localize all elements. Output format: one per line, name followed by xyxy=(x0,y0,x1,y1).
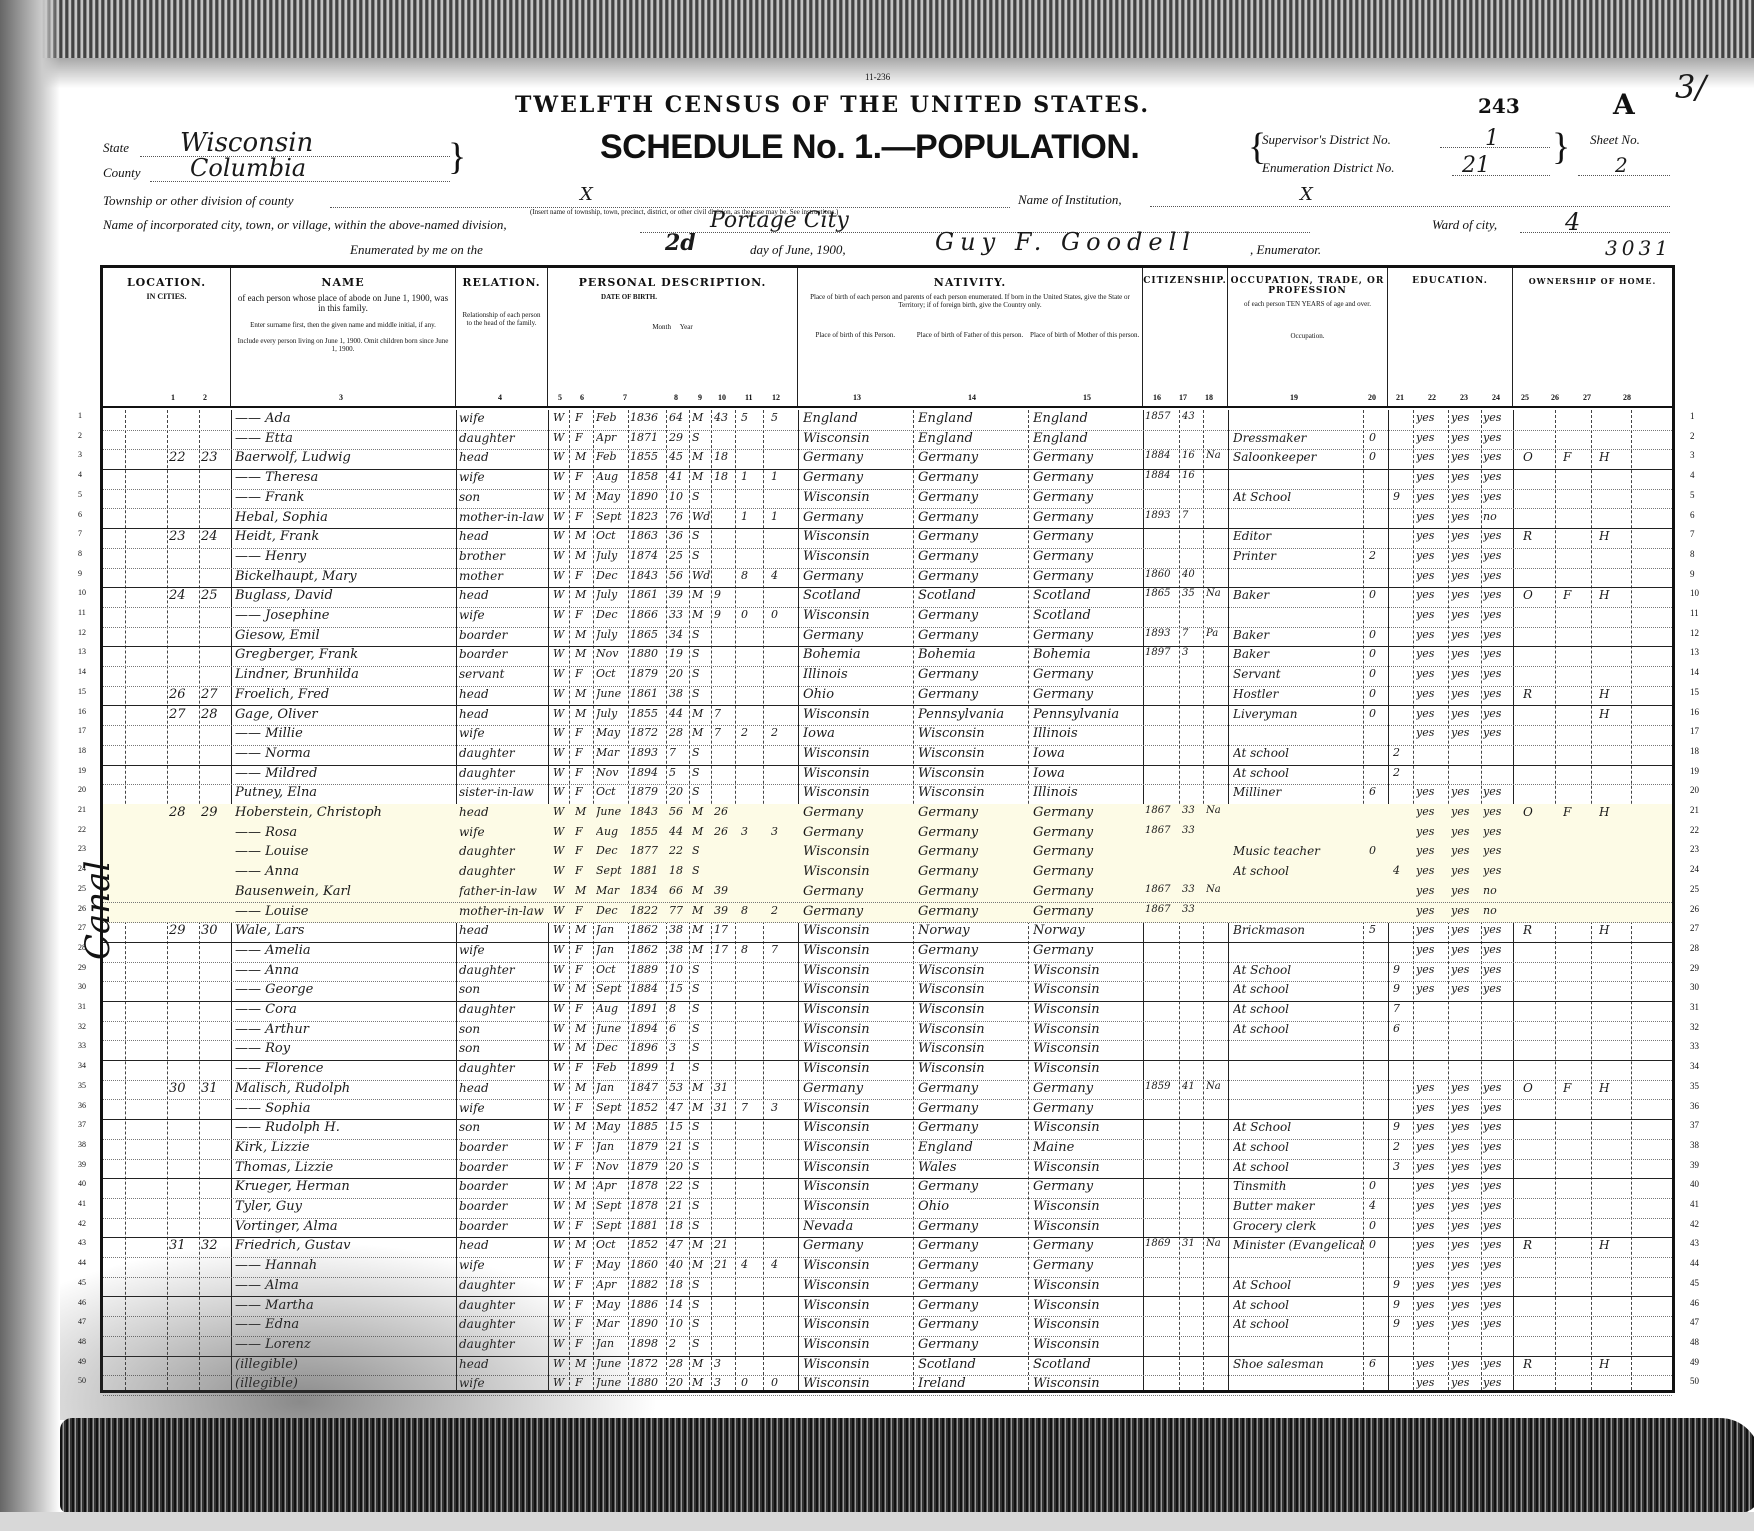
speaks-english: yes xyxy=(1483,490,1513,503)
children-living: 1 xyxy=(771,470,796,483)
birthplace-person: Germany xyxy=(803,805,911,820)
line-number: 29 xyxy=(1690,963,1699,973)
marital-status: S xyxy=(692,1278,711,1291)
free-mortgaged: F xyxy=(1563,450,1591,464)
line-number: 5 xyxy=(1690,490,1695,500)
institution-value: X xyxy=(1300,184,1313,205)
can-read: yes xyxy=(1416,844,1448,857)
can-write: yes xyxy=(1451,1238,1481,1251)
speaks-english: yes xyxy=(1483,667,1513,680)
owned-rented: O xyxy=(1523,1081,1553,1095)
owned-rented: O xyxy=(1523,450,1553,464)
can-write: yes xyxy=(1451,549,1481,562)
birthplace-mother: Wisconsin xyxy=(1033,1219,1141,1234)
occupation: Baker xyxy=(1233,647,1363,661)
birthplace-mother: Germany xyxy=(1033,529,1141,544)
birthplace-mother: Wisconsin xyxy=(1033,1337,1141,1352)
years-married: 21 xyxy=(714,1258,735,1271)
page-number: 243 xyxy=(1478,94,1520,118)
stamp-number: 3031 xyxy=(1605,236,1672,260)
line-number: 39 xyxy=(78,1160,86,1169)
dwelling-number: 28 xyxy=(169,805,199,820)
birthplace-mother: England xyxy=(1033,431,1141,446)
relation: mother-in-law xyxy=(459,904,547,918)
color: W xyxy=(553,667,569,680)
sex: F xyxy=(575,844,593,857)
person-name: —— Rudolph H. xyxy=(235,1120,455,1135)
birthplace-father: England xyxy=(918,411,1026,426)
can-read: yes xyxy=(1416,569,1448,582)
line-number: 29 xyxy=(78,963,86,972)
sex: M xyxy=(575,628,593,641)
corner-mark: 3/ xyxy=(1675,68,1706,106)
birth-month: Sept xyxy=(596,864,628,877)
immigration-year: 1884 xyxy=(1145,470,1179,481)
can-write: yes xyxy=(1451,884,1481,897)
line-number: 3 xyxy=(78,450,82,459)
line-number: 12 xyxy=(78,628,86,637)
birth-month: Nov xyxy=(596,647,628,660)
age: 15 xyxy=(669,1120,689,1133)
can-write: yes xyxy=(1451,667,1481,680)
marital-status: M xyxy=(692,1258,711,1271)
birthplace-father: Scotland xyxy=(918,1357,1026,1372)
can-write: yes xyxy=(1451,1219,1481,1232)
can-read: yes xyxy=(1416,1160,1448,1173)
header-occupation: OCCUPATION, TRADE, OR PROFESSION of each… xyxy=(1228,268,1388,406)
table-row: —— Rudolph H. son W M May 1885 15 S Wisc… xyxy=(103,1119,1672,1140)
birth-month: Dec xyxy=(596,608,628,621)
speaks-english: yes xyxy=(1483,982,1513,995)
birthplace-person: Bohemia xyxy=(803,647,911,662)
speaks-english: yes xyxy=(1483,1160,1513,1173)
can-read: yes xyxy=(1416,628,1448,641)
marital-status: M xyxy=(692,1101,711,1114)
color: W xyxy=(553,687,569,700)
years-in-us: 33 xyxy=(1182,904,1203,915)
birthplace-person: Ohio xyxy=(803,687,911,702)
birthplace-mother: Germany xyxy=(1033,1081,1141,1096)
dwelling-number: 26 xyxy=(169,687,199,702)
birthplace-person: Wisconsin xyxy=(803,1002,911,1017)
table-row: —— Henry brother W M July 1874 25 S Wisc… xyxy=(103,548,1672,569)
can-write: yes xyxy=(1451,411,1481,424)
line-number: 18 xyxy=(1690,746,1699,756)
sex: F xyxy=(575,746,593,759)
occupation: At school xyxy=(1233,1298,1363,1312)
age: 22 xyxy=(669,1179,689,1192)
can-write: yes xyxy=(1451,1120,1481,1133)
years-married: 17 xyxy=(714,943,735,956)
birth-month: May xyxy=(596,726,628,739)
marital-status: S xyxy=(692,746,711,759)
birthplace-father: Germany xyxy=(918,569,1026,584)
can-read: yes xyxy=(1416,588,1448,601)
birth-month: Dec xyxy=(596,904,628,917)
relation: wife xyxy=(459,825,547,839)
birth-year: 1836 xyxy=(630,411,666,424)
age: 20 xyxy=(669,1160,689,1173)
line-number: 20 xyxy=(1690,785,1699,795)
person-name: Kirk, Lizzie xyxy=(235,1140,455,1155)
person-name: Giesow, Emil xyxy=(235,628,455,643)
line-number: 12 xyxy=(1690,628,1699,638)
can-write: yes xyxy=(1451,588,1481,601)
birthplace-mother: Germany xyxy=(1033,490,1141,505)
occupation: Liveryman xyxy=(1233,707,1363,721)
birthplace-person: Iowa xyxy=(803,726,911,741)
line-number: 25 xyxy=(1690,884,1699,894)
sex: M xyxy=(575,490,593,503)
color: W xyxy=(553,470,569,483)
marital-status: Wd xyxy=(692,510,711,523)
family-number: 25 xyxy=(201,588,231,603)
birthplace-person: Wisconsin xyxy=(803,1258,911,1273)
occupation: Minister (Evangelical) xyxy=(1233,1238,1363,1252)
sex: M xyxy=(575,1179,593,1192)
relation: boarder xyxy=(459,647,547,661)
color: W xyxy=(553,1061,569,1074)
years-married: 3 xyxy=(714,1376,735,1389)
line-number: 31 xyxy=(1690,1002,1699,1012)
birth-month: June xyxy=(596,687,628,700)
birthplace-person: Wisconsin xyxy=(803,1199,911,1214)
months-unemployed: 4 xyxy=(1369,1199,1387,1212)
can-write: yes xyxy=(1451,490,1481,503)
marital-status: S xyxy=(692,1179,711,1192)
birthplace-father: Germany xyxy=(918,864,1026,879)
birthplace-father: Pennsylvania xyxy=(918,707,1026,722)
birthplace-person: Germany xyxy=(803,904,911,919)
line-number: 42 xyxy=(1690,1219,1699,1229)
city-value: Portage City xyxy=(710,208,849,233)
can-write: yes xyxy=(1451,1357,1481,1370)
line-number: 35 xyxy=(1690,1081,1699,1091)
line-number: 8 xyxy=(1690,549,1695,559)
immigration-year: 1860 xyxy=(1145,569,1179,580)
birth-month: Apr xyxy=(596,431,628,444)
birthplace-father: Scotland xyxy=(918,588,1026,603)
birthplace-father: Germany xyxy=(918,1258,1026,1273)
children-born: 8 xyxy=(741,569,761,582)
line-number: 3 xyxy=(1690,450,1695,460)
birthplace-person: Wisconsin xyxy=(803,1337,911,1352)
birth-year: 1861 xyxy=(630,687,666,700)
speaks-english: yes xyxy=(1483,1298,1513,1311)
relation: daughter xyxy=(459,431,547,445)
table-row: —— Norma daughter W F Mar 1893 7 S Wisco… xyxy=(103,745,1672,766)
farm-house: H xyxy=(1599,687,1629,701)
birthplace-person: Germany xyxy=(803,1238,911,1253)
sex: F xyxy=(575,904,593,917)
years-married: 18 xyxy=(714,470,735,483)
naturalization: Na xyxy=(1206,1238,1228,1249)
marital-status: M xyxy=(692,1238,711,1251)
sex: F xyxy=(575,608,593,621)
line-number: 32 xyxy=(1690,1022,1699,1032)
line-number: 17 xyxy=(1690,726,1699,736)
color: W xyxy=(553,1120,569,1133)
birthplace-mother: Wisconsin xyxy=(1033,1376,1141,1391)
birth-year: 1862 xyxy=(630,923,666,936)
can-write: yes xyxy=(1451,1199,1481,1212)
relation: sister-in-law xyxy=(459,785,547,799)
person-name: Lindner, Brunhilda xyxy=(235,667,455,682)
birthplace-person: Wisconsin xyxy=(803,1140,911,1155)
relation: head xyxy=(459,707,547,721)
months-unemployed: 6 xyxy=(1369,1357,1387,1370)
age: 36 xyxy=(669,529,689,542)
person-name: Tyler, Guy xyxy=(235,1199,455,1214)
can-read: yes xyxy=(1416,490,1448,503)
can-write: yes xyxy=(1451,1140,1481,1153)
months-unemployed: 2 xyxy=(1369,549,1387,562)
age: 18 xyxy=(669,864,689,877)
birthplace-father: Wisconsin xyxy=(918,785,1026,800)
birthplace-father: Wisconsin xyxy=(918,1022,1026,1037)
birth-year: 1881 xyxy=(630,864,666,877)
years-in-us: 33 xyxy=(1182,884,1203,895)
line-number: 43 xyxy=(1690,1238,1699,1248)
color: W xyxy=(553,982,569,995)
birthplace-person: Germany xyxy=(803,510,911,525)
line-number: 8 xyxy=(78,549,82,558)
sex: F xyxy=(575,470,593,483)
years-married: 9 xyxy=(714,588,735,601)
family-number: 27 xyxy=(201,687,231,702)
can-read: yes xyxy=(1416,470,1448,483)
marital-status: S xyxy=(692,529,711,542)
age: 25 xyxy=(669,549,689,562)
birthplace-father: Germany xyxy=(918,628,1026,643)
can-read: yes xyxy=(1416,1120,1448,1133)
line-number: 7 xyxy=(1690,529,1695,539)
color: W xyxy=(553,1160,569,1173)
occupation: At school xyxy=(1233,1140,1363,1154)
can-read: yes xyxy=(1416,884,1448,897)
months-school: 9 xyxy=(1393,963,1413,976)
farm-house: H xyxy=(1599,707,1629,721)
years-married: 21 xyxy=(714,1238,735,1251)
line-number: 36 xyxy=(1690,1101,1699,1111)
birthplace-father: Germany xyxy=(918,1238,1026,1253)
birthplace-father: Norway xyxy=(918,923,1026,938)
relation: head xyxy=(459,805,547,819)
age: 10 xyxy=(669,1317,689,1330)
marital-status: S xyxy=(692,766,711,779)
birthplace-father: Germany xyxy=(918,490,1026,505)
color: W xyxy=(553,904,569,917)
speaks-english: yes xyxy=(1483,1179,1513,1192)
enumerated-label: Enumerated by me on the xyxy=(350,242,483,258)
birthplace-father: Germany xyxy=(918,1081,1026,1096)
birth-month: May xyxy=(596,490,628,503)
sex: F xyxy=(575,766,593,779)
months-unemployed: 0 xyxy=(1369,628,1387,641)
sex: M xyxy=(575,884,593,897)
immigration-year: 1867 xyxy=(1145,904,1179,915)
marital-status: S xyxy=(692,1061,711,1074)
age: 38 xyxy=(669,943,689,956)
years-married: 43 xyxy=(714,411,735,424)
marital-status: M xyxy=(692,470,711,483)
can-write: yes xyxy=(1451,785,1481,798)
owned-rented: R xyxy=(1523,1238,1553,1252)
header-name: NAME of each person whose place of abode… xyxy=(231,268,456,406)
table-row: —— Anna daughter W F Sept 1881 18 S Wisc… xyxy=(103,863,1672,884)
birthplace-mother: Wisconsin xyxy=(1033,1022,1141,1037)
birthplace-father: Germany xyxy=(918,1219,1026,1234)
age: 44 xyxy=(669,825,689,838)
line-number: 4 xyxy=(78,470,82,479)
birthplace-person: Scotland xyxy=(803,588,911,603)
relation: daughter xyxy=(459,746,547,760)
color: W xyxy=(553,529,569,542)
speaks-english: yes xyxy=(1483,1199,1513,1212)
person-name: Malisch, Rudolph xyxy=(235,1081,455,1096)
line-number: 38 xyxy=(1690,1140,1699,1150)
relation: head xyxy=(459,687,547,701)
table-row: 23 24 Heidt, Frank head W M Oct 1863 36 … xyxy=(103,528,1672,549)
farm-house: H xyxy=(1599,588,1629,602)
birthplace-person: Wisconsin xyxy=(803,1041,911,1056)
enumeration-label: Enumeration District No. xyxy=(1262,160,1395,176)
line-number: 13 xyxy=(78,647,86,656)
months-school: 9 xyxy=(1393,1317,1413,1330)
birth-year: 1894 xyxy=(630,766,666,779)
relation: boarder xyxy=(459,1140,547,1154)
person-name: —— Ada xyxy=(235,411,455,426)
person-name: Baerwolf, Ludwig xyxy=(235,450,455,465)
line-number: 14 xyxy=(1690,667,1699,677)
children-born: 3 xyxy=(741,825,761,838)
birth-month: May xyxy=(596,1120,628,1133)
age: 18 xyxy=(669,1278,689,1291)
birthplace-mother: Iowa xyxy=(1033,766,1141,781)
free-mortgaged: F xyxy=(1563,805,1591,819)
birthplace-person: England xyxy=(803,411,911,426)
birthplace-father: England xyxy=(918,1140,1026,1155)
birth-year: 1880 xyxy=(630,647,666,660)
color: W xyxy=(553,1101,569,1114)
speaks-english: yes xyxy=(1483,588,1513,601)
age: 45 xyxy=(669,450,689,463)
occupation: Baker xyxy=(1233,588,1363,602)
children-living: 7 xyxy=(771,943,796,956)
line-number: 11 xyxy=(78,608,86,617)
line-number: 1 xyxy=(78,411,82,420)
relation: head xyxy=(459,588,547,602)
sex: M xyxy=(575,1081,593,1094)
birthplace-father: Germany xyxy=(918,608,1026,623)
person-name: —— Amelia xyxy=(235,943,455,958)
owned-rented: R xyxy=(1523,923,1553,937)
age: 1 xyxy=(669,1061,689,1074)
sheet-letter: A xyxy=(1613,88,1635,121)
state-label: State xyxy=(103,140,129,156)
relation: boarder xyxy=(459,1179,547,1193)
color: W xyxy=(553,450,569,463)
marital-status: S xyxy=(692,1337,711,1350)
marital-status: S xyxy=(692,647,711,660)
can-write: yes xyxy=(1451,982,1481,995)
marital-status: S xyxy=(692,628,711,641)
marital-status: M xyxy=(692,608,711,621)
marital-status: S xyxy=(692,1219,711,1232)
sex: F xyxy=(575,943,593,956)
birth-year: 1855 xyxy=(630,707,666,720)
immigration-year: 1884 xyxy=(1145,450,1179,461)
birth-month: Oct xyxy=(596,667,628,680)
speaks-english: yes xyxy=(1483,1120,1513,1133)
birth-month: July xyxy=(596,628,628,641)
years-married: 7 xyxy=(714,707,735,720)
speaks-english: yes xyxy=(1483,805,1513,818)
relation: servant xyxy=(459,667,547,681)
person-name: Gregberger, Frank xyxy=(235,647,455,662)
table-row: 30 31 Malisch, Rudolph head W M Jan 1847… xyxy=(103,1080,1672,1101)
color: W xyxy=(553,608,569,621)
birthplace-mother: Germany xyxy=(1033,825,1141,840)
line-number: 20 xyxy=(78,785,86,794)
relation: mother xyxy=(459,569,547,583)
can-read: yes xyxy=(1416,1376,1448,1389)
children-born: 5 xyxy=(741,411,761,424)
owned-rented: O xyxy=(1523,588,1553,602)
enumerated-suffix: day of June, 1900, xyxy=(750,242,846,258)
relation: head xyxy=(459,1081,547,1095)
birth-month: Aug xyxy=(596,1002,628,1015)
table-row: 24 25 Buglass, David head W M July 1861 … xyxy=(103,587,1672,608)
immigration-year: 1867 xyxy=(1145,884,1179,895)
can-read: yes xyxy=(1416,450,1448,463)
age: 20 xyxy=(669,785,689,798)
supervisor-label: Supervisor's District No. xyxy=(1262,132,1391,148)
birthplace-father: Ohio xyxy=(918,1199,1026,1214)
owned-rented: R xyxy=(1523,529,1553,543)
age: 38 xyxy=(669,687,689,700)
occupation: Brickmason xyxy=(1233,923,1363,937)
birthplace-father: Germany xyxy=(918,510,1026,525)
birthplace-mother: Germany xyxy=(1033,569,1141,584)
person-name: —— Louise xyxy=(235,904,455,919)
months-unemployed: 0 xyxy=(1369,647,1387,660)
line-number: 44 xyxy=(1690,1258,1699,1268)
color: W xyxy=(553,569,569,582)
person-name: —— Sophia xyxy=(235,1101,455,1116)
speaks-english: yes xyxy=(1483,1238,1513,1251)
birthplace-father: Germany xyxy=(918,1298,1026,1313)
birthplace-person: Wisconsin xyxy=(803,529,911,544)
age: 20 xyxy=(669,1376,689,1389)
birth-year: 1866 xyxy=(630,608,666,621)
occupation: Editor xyxy=(1233,529,1363,543)
can-write: yes xyxy=(1451,726,1481,739)
line-number: 30 xyxy=(78,982,86,991)
marital-status: M xyxy=(692,923,711,936)
line-number: 38 xyxy=(78,1140,86,1149)
marital-status: M xyxy=(692,411,711,424)
children-living: 2 xyxy=(771,726,796,739)
table-row: Putney, Elna sister-in-law W F Oct 1879 … xyxy=(103,784,1672,805)
age: 20 xyxy=(669,667,689,680)
line-number: 19 xyxy=(1690,766,1699,776)
children-born: 1 xyxy=(741,470,761,483)
birth-month: Oct xyxy=(596,785,628,798)
birth-year: 1879 xyxy=(630,667,666,680)
occupation: Baker xyxy=(1233,628,1363,642)
can-write: yes xyxy=(1451,1278,1481,1291)
